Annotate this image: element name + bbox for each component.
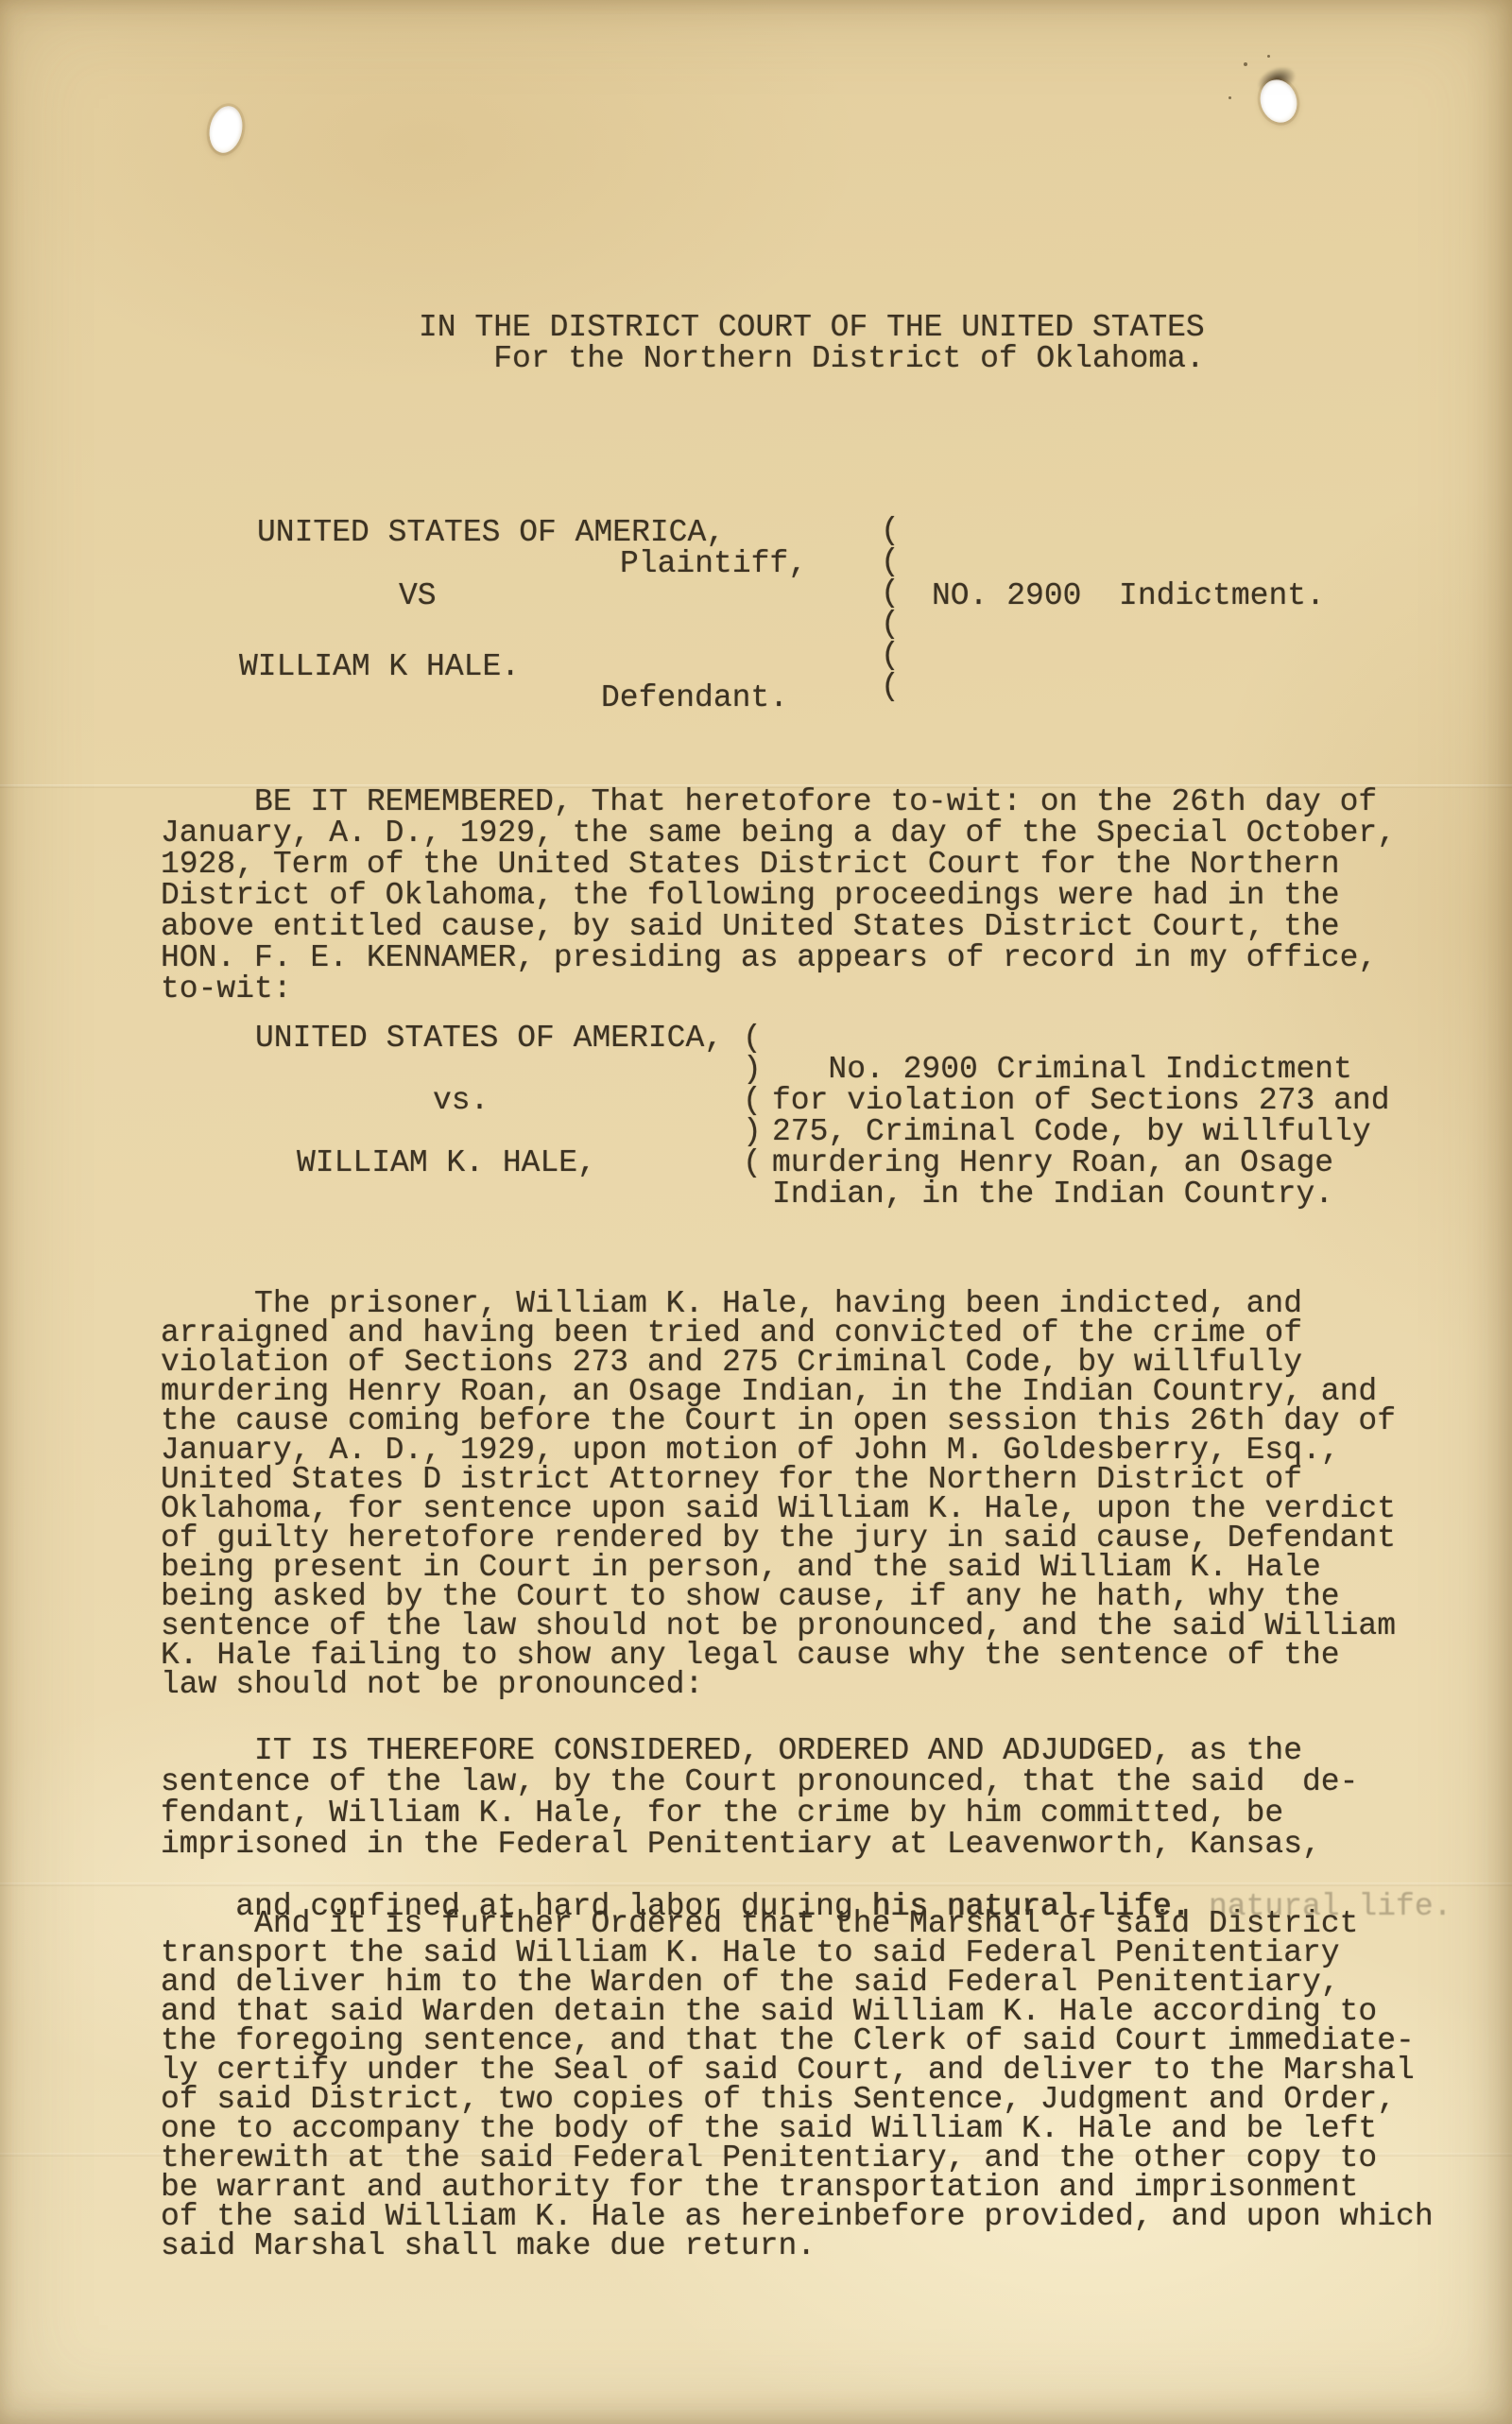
caption2-defendant-name: WILLIAM K. HALE, (297, 1147, 596, 1178)
case-number: NO. 2900 Indictment. (932, 580, 1325, 611)
caption-plaintiff-role: Plaintiff, (620, 548, 807, 579)
caption-plaintiff-name: UNITED STATES OF AMERICA, (257, 517, 725, 548)
caption-bracket-column: ( ( ( ( ( ( (881, 515, 900, 702)
paragraph-marshal-order: And it is further Ordered that the Marsh… (161, 1909, 1434, 2261)
paper-speck (1228, 96, 1231, 99)
punch-hole-right (1255, 75, 1302, 127)
caption-versus: VS (399, 580, 437, 611)
document-page: IN THE DISTRICT COURT OF THE UNITED STAT… (0, 0, 1512, 2424)
caption2-versus: vs. (433, 1085, 489, 1116)
court-header: IN THE DISTRICT COURT OF THE UNITED STAT… (419, 312, 1205, 374)
paper-speck (1267, 55, 1270, 58)
caption-defendant-name: WILLIAM K HALE. (239, 651, 520, 682)
paper-speck (1244, 62, 1247, 66)
caption2-charge-description: No. 2900 Criminal Indictment for violati… (772, 1054, 1390, 1210)
caption2-bracket-column: ( ) ( ) ( (743, 1023, 762, 1178)
punch-hole-left (205, 103, 247, 156)
paragraph-prisoner: The prisoner, William K. Hale, having be… (161, 1289, 1396, 1699)
caption-defendant-role: Defendant. (601, 682, 788, 713)
paragraph-be-it-remembered: BE IT REMEMBERED, That heretofore to-wit… (161, 786, 1396, 1005)
caption2-plaintiff-name: UNITED STATES OF AMERICA, (255, 1023, 723, 1054)
paragraph-sentence: IT IS THEREFORE CONSIDERED, ORDERED AND … (161, 1735, 1358, 1860)
